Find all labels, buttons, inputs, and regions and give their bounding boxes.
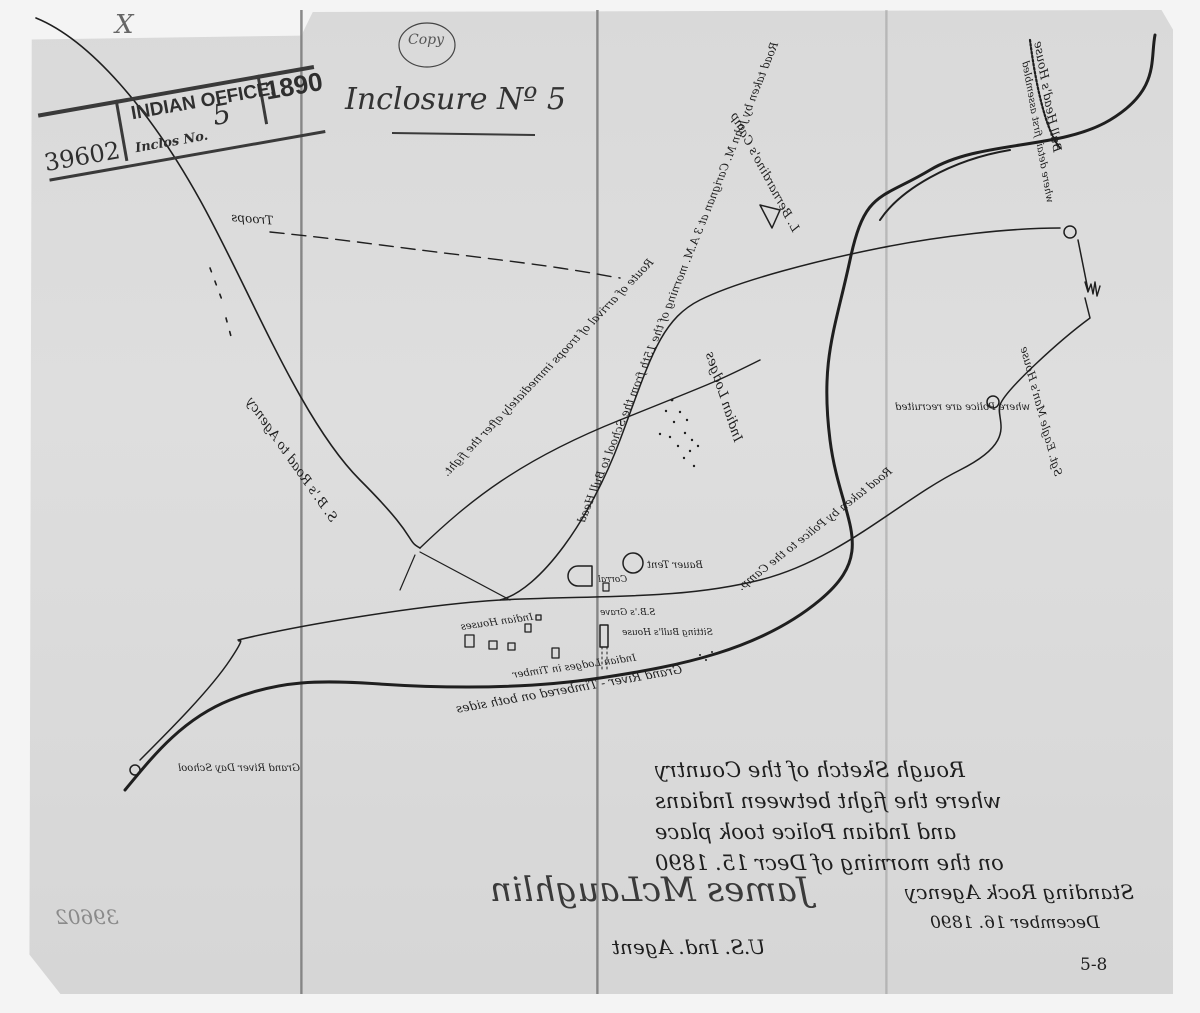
indian-house bbox=[489, 641, 497, 649]
carignan-road-main bbox=[238, 228, 1060, 640]
road-junction-to-camp bbox=[420, 552, 510, 600]
label-sitting-bull-house: Sitting Bull's House bbox=[622, 628, 713, 638]
title-underline bbox=[392, 133, 535, 135]
x-mark: X bbox=[115, 10, 134, 40]
sitting-bull-house-marker bbox=[600, 625, 608, 647]
corral-marker bbox=[568, 566, 592, 586]
indian-lodges-dots bbox=[659, 399, 713, 661]
indian-house bbox=[508, 643, 515, 650]
caption-line-3: and Indian Police took place bbox=[655, 817, 1004, 848]
road-lower-branch bbox=[400, 555, 415, 590]
label-tent: Bauer Tent bbox=[647, 560, 703, 571]
school-road bbox=[140, 640, 241, 760]
caption-place: Standing Rock Agency bbox=[905, 880, 1134, 904]
bull-head-house-marker bbox=[1064, 226, 1076, 238]
caption-date: December 16. 1890 bbox=[930, 913, 1100, 933]
map-sheet: INDIAN OFFICE. 1890 39602 Inclos No. 5 X… bbox=[0, 0, 1200, 1013]
indian-house bbox=[525, 624, 531, 632]
pencil-number: 39602 bbox=[55, 905, 119, 929]
tent-marker bbox=[623, 553, 643, 573]
indian-house bbox=[552, 648, 559, 658]
caption-block: Rough Sketch of the Country where the fi… bbox=[655, 755, 1004, 879]
signature-title: U.S. Ind. Agent bbox=[612, 935, 765, 959]
label-day-school: Grand River Day School bbox=[178, 763, 300, 774]
school-marker bbox=[130, 765, 140, 775]
indian-house bbox=[465, 635, 474, 647]
indian-house bbox=[536, 615, 541, 620]
caption-line-1: Rough Sketch of the Country bbox=[655, 755, 1004, 786]
page-title: Inclosure Nº 5 bbox=[345, 82, 566, 117]
copy-mark: Copy bbox=[408, 32, 444, 48]
page-number: 5-8 bbox=[1080, 955, 1107, 975]
signature-name: James McLaughlin bbox=[490, 870, 810, 910]
caption-line-2: where the fight between Indians bbox=[655, 786, 1004, 817]
label-corral: Corral bbox=[598, 575, 627, 585]
label-police-recruited: where Police are recruited bbox=[895, 402, 1030, 413]
troops-dotted bbox=[210, 268, 232, 340]
label-sb-grave: S.B.'s Grave bbox=[600, 608, 655, 618]
troops-route-dashed bbox=[270, 232, 620, 278]
